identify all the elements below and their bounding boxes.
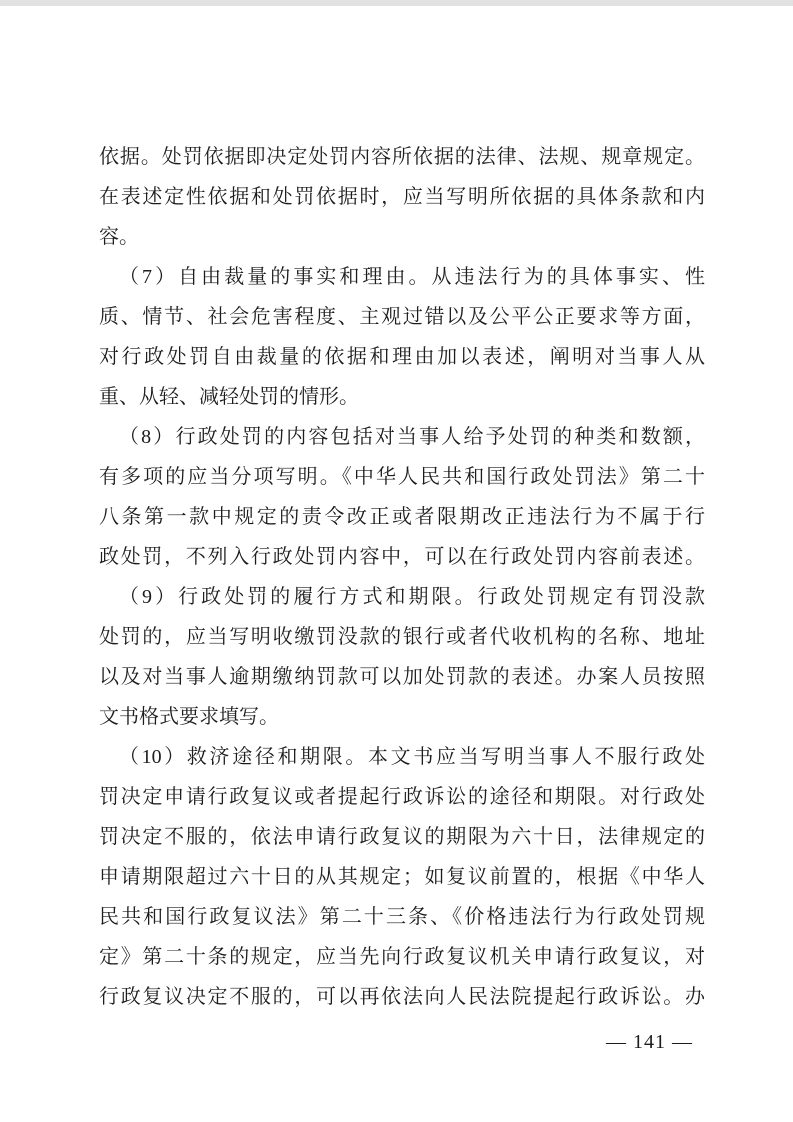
- text-line: 处罚的，应当写明收缴罚没款的银行或者代收机构的名称、地址: [99, 617, 705, 657]
- text-line: 八条第一款中规定的责令改正或者限期改正违法行为不属于行: [99, 497, 705, 537]
- text-line: （7）自由裁量的事实和理由。从违法行为的具体事实、性: [99, 257, 705, 297]
- text-line: 申请期限超过六十日的从其规定；如复议前置的，根据《中华人: [99, 857, 705, 897]
- text-line: 罚决定申请行政复议或者提起行政诉讼的途径和期限。对行政处: [99, 777, 705, 817]
- text-line: 以及对当事人逾期缴纳罚款可以加处罚款的表述。办案人员按照: [99, 657, 705, 697]
- text-line: 依据。处罚依据即决定处罚内容所依据的法律、法规、规章规定。: [99, 137, 705, 177]
- text-line: 重、从轻、减轻处罚的情形。: [99, 377, 705, 417]
- text-line: 在表述定性依据和处罚依据时，应当写明所依据的具体条款和内: [99, 177, 705, 217]
- text-line: 行政复议决定不服的，可以再依法向人民法院提起行政诉讼。办: [99, 977, 705, 1017]
- text-line: 质、情节、社会危害程度、主观过错以及公平公正要求等方面，: [99, 297, 705, 337]
- text-line: （9）行政处罚的履行方式和期限。行政处罚规定有罚没款: [99, 577, 705, 617]
- text-block: 依据。处罚依据即决定处罚内容所依据的法律、法规、规章规定。在表述定性依据和处罚依…: [99, 137, 705, 1017]
- text-line: 民共和国行政复议法》第二十三条、《价格违法行为行政处罚规: [99, 897, 705, 937]
- scan-edge-artifact: [0, 0, 793, 6]
- page-number: — 141 —: [606, 1027, 693, 1057]
- text-line: （8）行政处罚的内容包括对当事人给予处罚的种类和数额，: [99, 417, 705, 457]
- text-line: 定》第二十条的规定，应当先向行政复议机关申请行政复议，对: [99, 937, 705, 977]
- text-line: 政处罚，不列入行政处罚内容中，可以在行政处罚内容前表述。: [99, 537, 705, 577]
- text-line: （10）救济途径和期限。本文书应当写明当事人不服行政处: [99, 737, 705, 777]
- text-line: 罚决定不服的，依法申请行政复议的期限为六十日，法律规定的: [99, 817, 705, 857]
- text-line: 文书格式要求填写。: [99, 697, 705, 737]
- text-line: 有多项的应当分项写明。《中华人民共和国行政处罚法》第二十: [99, 457, 705, 497]
- text-line: 对行政处罚自由裁量的依据和理由加以表述，阐明对当事人从: [99, 337, 705, 377]
- text-line: 容。: [99, 217, 705, 257]
- document-page: 依据。处罚依据即决定处罚内容所依据的法律、法规、规章规定。在表述定性依据和处罚依…: [0, 0, 793, 1122]
